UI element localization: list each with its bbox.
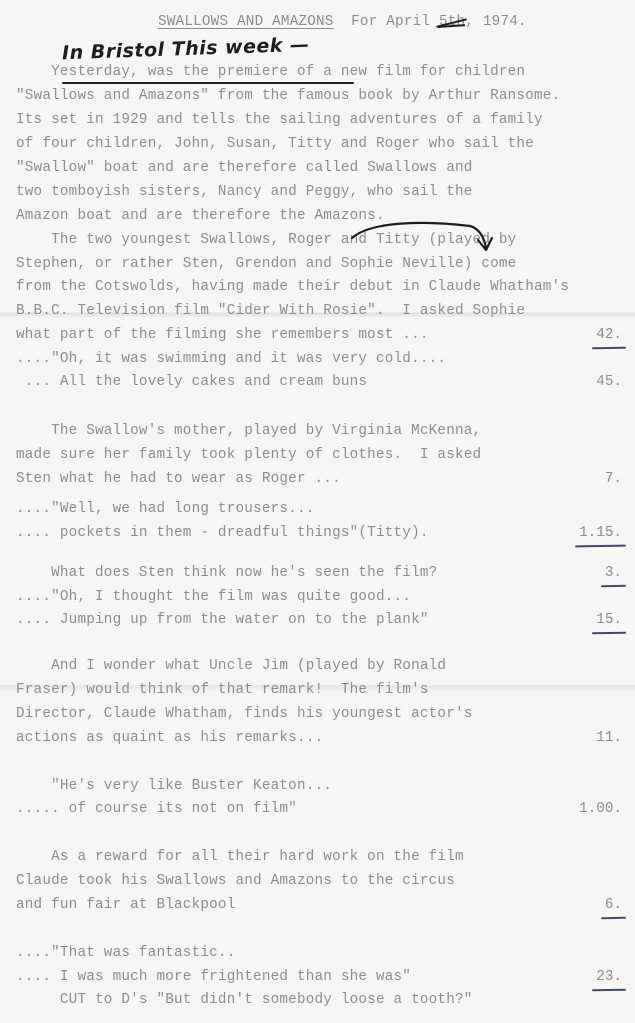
timing-marker: 3. — [605, 565, 622, 581]
text-line: ..... of course its not on film" — [16, 801, 297, 817]
typewritten-page: SWALLOWS AND AMAZONS For April 5th, 1974… — [0, 0, 635, 1023]
text-line: B.B.C. Television film "Cider With Rosie… — [16, 303, 525, 319]
handwritten-underline — [62, 82, 354, 84]
text-line: ...."Oh, I thought the film was quite go… — [16, 589, 411, 605]
text-line: ...."That was fantastic.. — [16, 945, 236, 961]
text-line: from the Cotswolds, having made their de… — [16, 279, 569, 295]
text-line: CUT to D's "But didn't somebody loose a … — [16, 992, 473, 1008]
text-line: and fun fair at Blackpool — [16, 897, 236, 913]
text-line: .... Jumping up from the water on to the… — [16, 612, 429, 628]
text-line: Yesterday, was the premiere of a new fil… — [16, 64, 525, 80]
text-line: As a reward for all their hard work on t… — [16, 849, 464, 865]
text-line: The Swallow's mother, played by Virginia… — [16, 423, 481, 439]
text-line: Its set in 1929 and tells the sailing ad… — [16, 112, 543, 128]
text-line: The two youngest Swallows, Roger and Tit… — [16, 232, 516, 248]
date-prefix: For April — [351, 14, 439, 30]
timing-marker: 42. — [596, 327, 622, 343]
text-line: Stephen, or rather Sten, Grendon and Sop… — [16, 256, 516, 272]
text-line: Amazon boat and are therefore the Amazon… — [16, 208, 385, 224]
text-line: ...."Well, we had long trousers... — [16, 501, 315, 517]
text-line: Claude took his Swallows and Amazons to … — [16, 873, 455, 889]
text-line: Director, Claude Whatham, finds his youn… — [16, 706, 473, 722]
document-header: SWALLOWS AND AMAZONS For April 5th, 1974… — [158, 14, 527, 30]
timing-marker: 15. — [596, 612, 622, 628]
text-line: "Swallow" boat and are therefore called … — [16, 160, 473, 176]
text-line: what part of the filming she remembers m… — [16, 327, 429, 343]
text-line: .... I was much more frightened than she… — [16, 969, 411, 985]
text-line: Sten what he had to wear as Roger ... — [16, 471, 341, 487]
text-line: ... All the lovely cakes and cream buns — [16, 374, 367, 390]
document-title: SWALLOWS AND AMAZONS — [158, 14, 334, 30]
timing-marker: 6. — [605, 897, 622, 913]
timing-marker: 45. — [596, 374, 622, 390]
date-suffix: , 1974. — [465, 14, 526, 30]
timing-marker: 23. — [596, 969, 622, 985]
text-line: made sure her family took plenty of clot… — [16, 447, 481, 463]
text-line: ...."Oh, it was swimming and it was very… — [16, 351, 446, 367]
text-line: "Swallows and Amazons" from the famous b… — [16, 88, 560, 104]
text-line: What does Sten think now he's seen the f… — [16, 565, 437, 581]
handwritten-note: In Bristol This week — — [62, 34, 310, 65]
text-line: .... pockets in them - dreadful things"(… — [16, 525, 429, 541]
timing-marker: 1.15. — [579, 525, 622, 541]
text-line: Fraser) would think of that remark! The … — [16, 682, 429, 698]
timing-marker: 11. — [596, 730, 622, 746]
struck-date: 5th — [439, 14, 465, 30]
text-line: "He's very like Buster Keaton... — [16, 778, 332, 794]
text-line: of four children, John, Susan, Titty and… — [16, 136, 534, 152]
text-line: actions as quaint as his remarks... — [16, 730, 323, 746]
timing-marker: 7. — [605, 471, 622, 487]
timing-marker: 1.00. — [579, 801, 622, 817]
text-line: And I wonder what Uncle Jim (played by R… — [16, 658, 446, 674]
text-line: two tomboyish sisters, Nancy and Peggy, … — [16, 184, 473, 200]
